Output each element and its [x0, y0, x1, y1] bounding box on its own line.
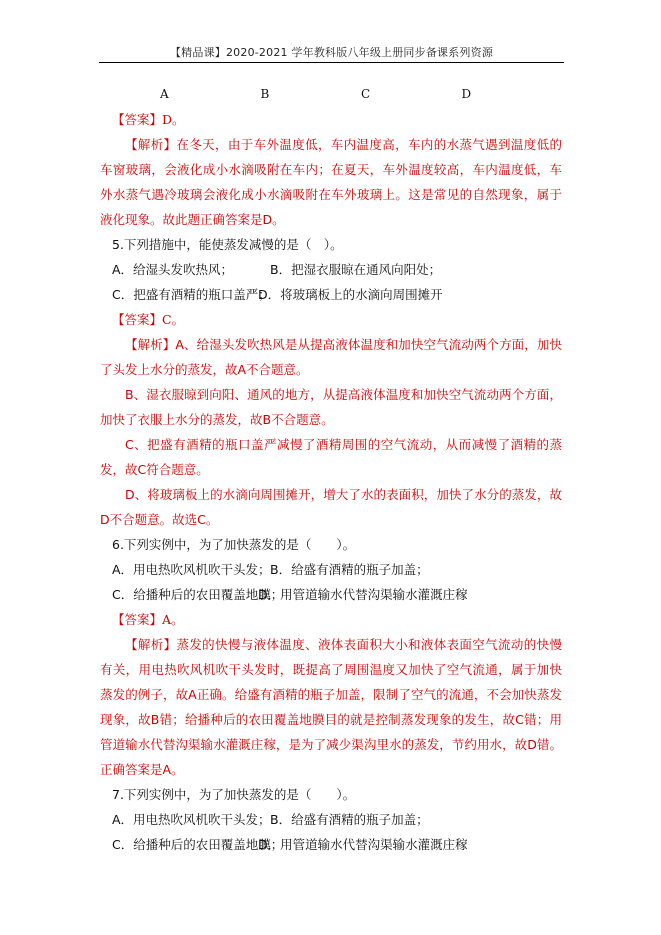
- q5-option-b: B．把湿衣服晾在通风向阳处；: [270, 257, 441, 282]
- q6-options-row-2: C．给播种后的农田覆盖地膜； D．用管道输水代替沟渠输水灌溉庄稼: [100, 582, 562, 607]
- q5-analysis-a: 【解析】A、给湿头发吹热风是从提高液体温度和加快空气流动两个方面，加快了头发上水…: [100, 332, 562, 382]
- q4-answer: 【答案】D。: [100, 107, 562, 132]
- option-label-b: B: [261, 82, 362, 107]
- q7-options-row-1: A．用电热吹风机吹干头发； B．给盛有酒精的瓶子加盖；: [100, 807, 562, 832]
- image-option-labels: A B C D: [100, 82, 562, 107]
- q7-option-a: A．用电热吹风机吹干头发；: [112, 807, 270, 832]
- q5-options-row-1: A．给湿头发吹热风； B．把湿衣服晾在通风向阳处；: [100, 257, 562, 282]
- q5-analysis-b: B、湿衣服晾到向阳、通风的地方，从提高液体温度和加快空气流动两个方面，加快了衣服…: [100, 382, 562, 432]
- option-label-c: C: [361, 82, 462, 107]
- q6-analysis: 【解析】蒸发的快慢与液体温度、液体表面积大小和液体表面空气流动的快慢有关，用电热…: [100, 632, 562, 782]
- q5-analysis-d: D、将玻璃板上的水滴向周围摊开，增大了水的表面积，加快了水分的蒸发，故D不合题意…: [100, 482, 562, 532]
- document-body: A B C D 【答案】D。 【解析】在冬天，由于车外温度低，车内温度高，车内的…: [100, 82, 562, 857]
- answer-value: C。: [162, 312, 184, 327]
- page-header: 【精品课】2020-2021 学年教科版八年级上册同步备课系列资源: [99, 46, 564, 60]
- header-divider: [99, 62, 564, 63]
- analysis-text: 蒸发的快慢与液体温度、液体表面积大小和液体表面空气流动的快慢有关，用电热吹风机吹…: [100, 637, 562, 777]
- q4-analysis: 【解析】在冬天，由于车外温度低，车内温度高，车内的水蒸气遇到温度低的车窗玻璃，会…: [100, 132, 562, 232]
- q6-option-a: A．用电热吹风机吹干头发；: [112, 557, 270, 582]
- q5-question: 5.下列措施中，能使蒸发减慢的是（ ）。: [100, 232, 562, 257]
- q7-option-b: B．给盛有酒精的瓶子加盖；: [270, 807, 429, 832]
- q5-options-row-2: C．把盛有酒精的瓶口盖严； D．将玻璃板上的水滴向周围摊开: [100, 282, 562, 307]
- q6-option-d: D．用管道输水代替沟渠输水灌溉庄稼: [258, 582, 468, 607]
- analysis-tag: 【解析】: [125, 137, 176, 152]
- q5-option-a: A．给湿头发吹热风；: [112, 257, 270, 282]
- q5-answer: 【答案】C。: [100, 307, 562, 332]
- q5-analysis-c: C、把盛有酒精的瓶口盖严减慢了酒精周围的空气流动，从而减慢了酒精的蒸发，故C符合…: [100, 432, 562, 482]
- q7-options-row-2: C．给播种后的农田覆盖地膜； D．用管道输水代替沟渠输水灌溉庄稼: [100, 832, 562, 857]
- answer-tag: 【答案】: [112, 112, 162, 127]
- q5-option-d: D．将玻璃板上的水滴向周围摊开: [258, 282, 443, 307]
- analysis-tag: 【解析】: [125, 637, 176, 652]
- answer-value: D。: [162, 112, 185, 127]
- document-page: 【精品课】2020-2021 学年教科版八年级上册同步备课系列资源 A B C …: [0, 0, 661, 935]
- q5-option-c: C．把盛有酒精的瓶口盖严；: [112, 282, 258, 307]
- analysis-tag: 【解析】: [125, 337, 175, 352]
- q6-option-b: B．给盛有酒精的瓶子加盖；: [270, 557, 429, 582]
- q6-answer: 【答案】A。: [100, 607, 562, 632]
- q6-question: 6.下列实例中，为了加快蒸发的是（ ）。: [100, 532, 562, 557]
- q7-option-d: D．用管道输水代替沟渠输水灌溉庄稼: [258, 832, 468, 857]
- answer-tag: 【答案】: [112, 612, 162, 627]
- answer-tag: 【答案】: [112, 312, 162, 327]
- q7-question: 7.下列实例中，为了加快蒸发的是（ ）。: [100, 782, 562, 807]
- q6-options-row-1: A．用电热吹风机吹干头发； B．给盛有酒精的瓶子加盖；: [100, 557, 562, 582]
- q7-option-c: C．给播种后的农田覆盖地膜；: [112, 832, 258, 857]
- option-label-d: D: [462, 82, 563, 107]
- option-label-a: A: [160, 82, 261, 107]
- answer-value: A。: [162, 612, 184, 627]
- q6-option-c: C．给播种后的农田覆盖地膜；: [112, 582, 258, 607]
